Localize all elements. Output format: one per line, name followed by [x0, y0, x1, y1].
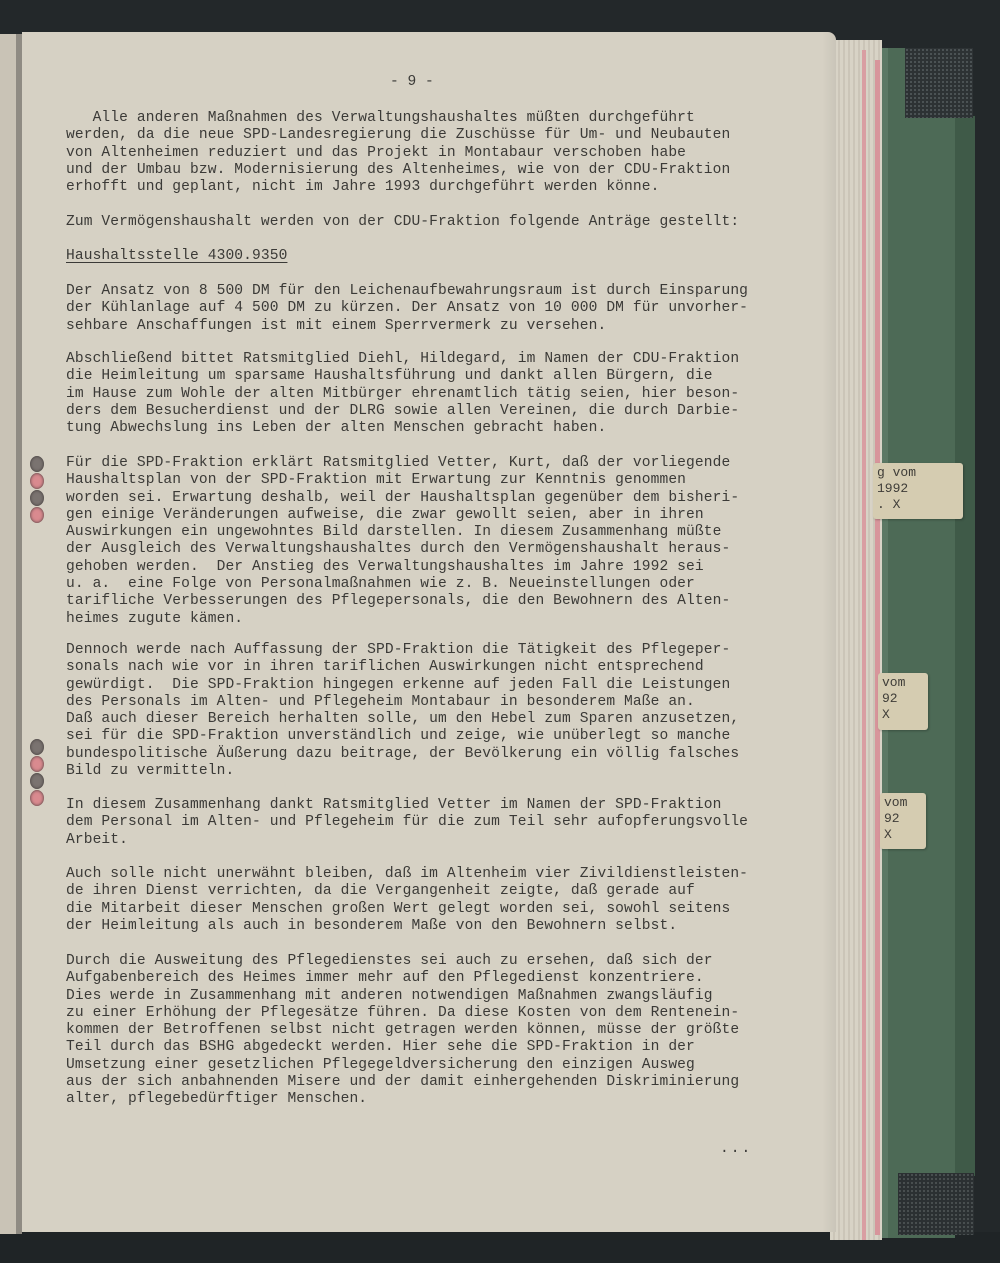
index-tab[interactable]: vom 92 X [880, 793, 926, 849]
text-line: ders dem Besucherdienst und der DLRG sow… [66, 403, 739, 420]
book-cover-edge [955, 116, 975, 1176]
text-line: Teil durch das BSHG abgedeckt werden. Hi… [66, 1039, 739, 1056]
text-line: Zum Vermögenshaushalt werden von der CDU… [66, 214, 739, 231]
text-line: tung Abwechslung ins Leben der alten Men… [66, 420, 739, 437]
punch-hole [30, 756, 44, 772]
index-tab[interactable]: g vom 1992 . X [873, 463, 963, 519]
punch-hole [30, 507, 44, 523]
text-line: gen einige Veränderungen aufweise, die z… [66, 507, 739, 524]
book-corner-bottom [898, 1173, 974, 1235]
text-line: kommen der Betroffenen selbst nicht getr… [66, 1022, 739, 1039]
text-line: Dies werde in Zusammenhang mit anderen n… [66, 988, 739, 1005]
text-line: werden, da die neue SPD-Landesregierung … [66, 127, 730, 144]
text-line: die Mitarbeit dieser Menschen großen Wer… [66, 901, 748, 918]
paragraph-diehl: Abschließend bittet Ratsmitglied Diehl, … [66, 351, 739, 437]
text-line: bundespolitische Äußerung dazu beitrage,… [66, 746, 739, 763]
paragraph-dank: In diesem Zusammenhang dankt Ratsmitglie… [66, 797, 748, 849]
text-line: heimes zugute kämen. [66, 611, 739, 628]
paragraph-antraege: Zum Vermögenshaushalt werden von der CDU… [66, 214, 739, 231]
text-line: der Kühlanlage auf 4 500 DM zu kürzen. D… [66, 300, 748, 317]
paragraph-dennoch: Dennoch werde nach Auffassung der SPD-Fr… [66, 642, 739, 780]
punch-holes-upper [30, 455, 48, 524]
book-corner-top [905, 48, 973, 118]
text-line: In diesem Zusammenhang dankt Ratsmitglie… [66, 797, 748, 814]
text-line: de ihren Dienst verrichten, da die Verga… [66, 883, 748, 900]
paragraph-intro: Alle anderen Maßnahmen des Verwaltungsha… [66, 110, 730, 196]
text-line: Umsetzung einer gesetzlichen Pflegegeldv… [66, 1057, 739, 1074]
text-line: Alle anderen Maßnahmen des Verwaltungsha… [66, 110, 730, 127]
punch-hole [30, 456, 44, 472]
paragraph-vetter: Für die SPD-Fraktion erklärt Ratsmitglie… [66, 455, 739, 628]
text-line: zu einer Erhöhung der Pflegesätze führen… [66, 1005, 739, 1022]
section-heading: Haushaltsstelle 4300.9350 [66, 248, 287, 265]
punch-hole [30, 473, 44, 489]
text-line: Dennoch werde nach Auffassung der SPD-Fr… [66, 642, 739, 659]
text-line: Auswirkungen ein ungewohntes Bild darste… [66, 524, 739, 541]
text-line: sonals nach wie vor in ihren tariflichen… [66, 659, 739, 676]
punch-hole [30, 790, 44, 806]
text-line: des Personals im Alten- und Pflegeheim M… [66, 694, 739, 711]
punch-holes-lower [30, 738, 48, 807]
text-line: u. a. eine Folge von Personalmaßnahmen w… [66, 576, 739, 593]
text-line: aus der sich anbahnenden Misere und der … [66, 1074, 739, 1091]
text-line: Durch die Ausweitung des Pflegedienstes … [66, 953, 739, 970]
book-cover-green [880, 48, 955, 1238]
pink-divider-sheet [875, 60, 880, 1235]
continuation-mark: ... [720, 1141, 752, 1157]
punch-hole [30, 490, 44, 506]
text-line: Haushaltsplan von der SPD-Fraktion mit E… [66, 472, 739, 489]
text-line: der Ausgleich des Verwaltungshaushaltes … [66, 541, 739, 558]
text-line: dem Personal im Alten- und Pflegeheim fü… [66, 814, 748, 831]
text-line: sehbare Anschaffungen ist mit einem Sper… [66, 318, 748, 335]
page-number: - 9 - [390, 74, 434, 90]
text-line: Aufgabenbereich des Heimes immer mehr au… [66, 970, 739, 987]
text-line: erhofft und geplant, nicht im Jahre 1993… [66, 179, 730, 196]
text-line: Daß auch dieser Bereich herhalten solle,… [66, 711, 739, 728]
text-line: alter, pflegebedürftiger Menschen. [66, 1091, 739, 1108]
paragraph-pflegedienst: Durch die Ausweitung des Pflegedienstes … [66, 953, 739, 1109]
pink-divider-sheet [862, 50, 866, 1240]
text-line: Haushaltsstelle 4300.9350 [66, 248, 287, 265]
punch-hole [30, 773, 44, 789]
paragraph-zivildienst: Auch solle nicht unerwähnt bleiben, daß … [66, 866, 748, 935]
text-line: und der Umbau bzw. Modernisierung des Al… [66, 162, 730, 179]
text-line: Bild zu vermitteln. [66, 763, 739, 780]
text-line: Der Ansatz von 8 500 DM für den Leichena… [66, 283, 748, 300]
text-line: von Altenheimen reduziert und das Projek… [66, 145, 730, 162]
text-line: die Heimleitung um sparsame Haushaltsfüh… [66, 368, 739, 385]
text-line: der Heimleitung als auch in besonderem M… [66, 918, 748, 935]
text-line: sei für die SPD-Fraktion unverständlich … [66, 728, 739, 745]
text-line: gewürdigt. Die SPD-Fraktion hingegen erk… [66, 677, 739, 694]
text-line: tarifliche Verbesserungen des Pflegepers… [66, 593, 739, 610]
text-line: im Hause zum Wohle der alten Mitbürger e… [66, 386, 739, 403]
punch-hole [30, 739, 44, 755]
text-line: Auch solle nicht unerwähnt bleiben, daß … [66, 866, 748, 883]
text-line: Für die SPD-Fraktion erklärt Ratsmitglie… [66, 455, 739, 472]
text-line: gehoben werden. Der Anstieg des Verwaltu… [66, 559, 739, 576]
index-tab[interactable]: vom 92 X [878, 673, 928, 730]
text-line: Arbeit. [66, 832, 748, 849]
paragraph-ansatz: Der Ansatz von 8 500 DM für den Leichena… [66, 283, 748, 335]
text-line: worden sei. Erwartung deshalb, weil der … [66, 490, 739, 507]
text-line: Abschließend bittet Ratsmitglied Diehl, … [66, 351, 739, 368]
scanned-book-scene: - 9 - Alle anderen Maßnahmen des Verwalt… [0, 0, 1000, 1263]
